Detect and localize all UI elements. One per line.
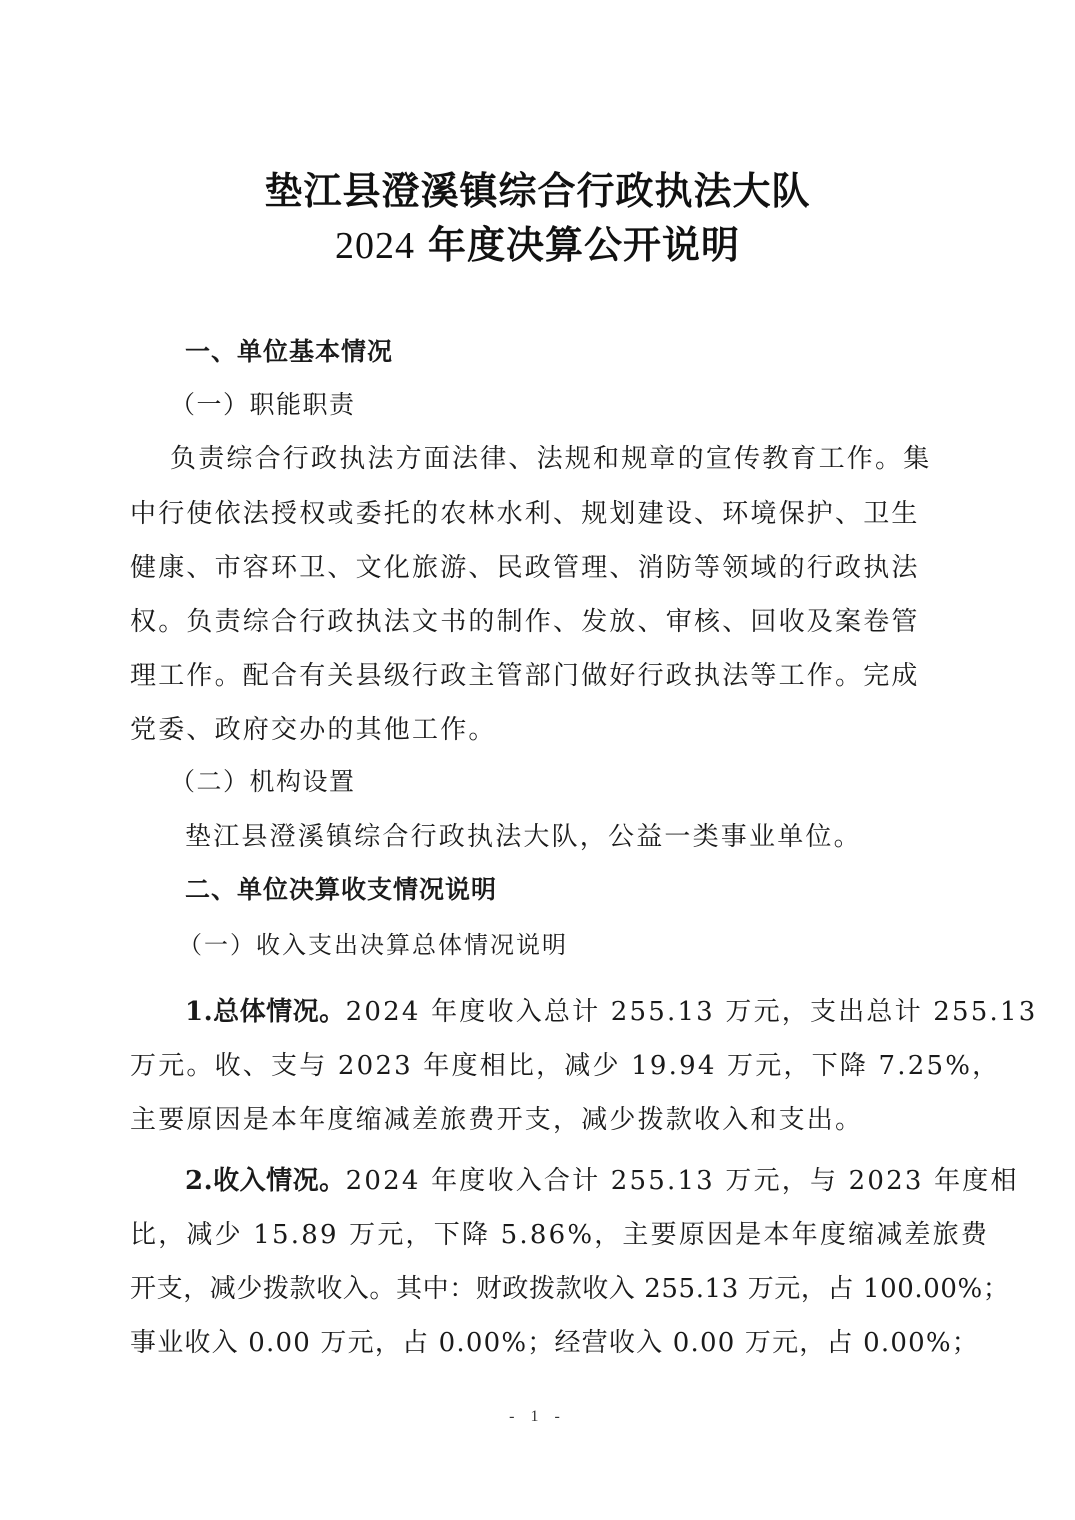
paragraph-lead: 2.收入情况。	[185, 1166, 346, 1196]
section-heading-budget: 二、单位决算收支情况说明	[185, 873, 1000, 907]
paragraph-line: 万元。收、支与 2023 年度相比，减少 19.94 万元，下降 7.25%，	[130, 1049, 945, 1083]
paragraph-line: 负责综合行政执法方面法律、法规和规章的宣传教育工作。集	[170, 442, 945, 476]
paragraph-line: 健康、市容环卫、文化旅游、民政管理、消防等领域的行政执法	[130, 551, 945, 585]
paragraph-line: 中行使依法授权或委托的农林水利、规划建设、环境保护、卫生	[130, 497, 945, 531]
document-page: 垫江县澄溪镇综合行政执法大队 2024 年度决算公开说明 一、单位基本情况 （一…	[0, 0, 1075, 1520]
document-title-line1: 垫江县澄溪镇综合行政执法大队	[0, 160, 1075, 215]
page-number: - 1 -	[0, 1408, 1075, 1426]
paragraph-overall-line1: 1.总体情况。2024 年度收入总计 255.13 万元，支出总计 255.13	[185, 995, 945, 1029]
title-text: 年度决算公开说明	[428, 222, 740, 267]
paragraph-text: 2024 年度收入总计 255.13 万元，支出总计 255.13	[346, 997, 1038, 1027]
document-title-line2: 2024 年度决算公开说明	[0, 214, 1075, 269]
section-heading-basic-info: 一、单位基本情况	[185, 335, 1000, 369]
paragraph-line: 权。负责综合行政执法文书的制作、发放、审核、回收及案卷管	[130, 605, 945, 639]
subsection-heading-overall: （一）收入支出决算总体情况说明	[178, 928, 993, 962]
paragraph-line: 垫江县澄溪镇综合行政执法大队，公益一类事业单位。	[185, 820, 945, 854]
paragraph-line: 事业收入 0.00 万元，占 0.00%；经营收入 0.00 万元，占 0.00…	[130, 1326, 945, 1360]
paragraph-income-line1: 2.收入情况。2024 年度收入合计 255.13 万元，与 2023 年度相	[185, 1164, 945, 1198]
paragraph-line: 理工作。配合有关县级行政主管部门做好行政执法等工作。完成	[130, 659, 945, 693]
paragraph-line: 党委、政府交办的其他工作。	[130, 713, 945, 747]
paragraph-line: 比，减少 15.89 万元，下降 5.86%，主要原因是本年度缩减差旅费	[130, 1218, 945, 1252]
paragraph-text: 2024 年度收入合计 255.13 万元，与 2023 年度相	[346, 1166, 1019, 1196]
paragraph-line: 主要原因是本年度缩减差旅费开支，减少拨款收入和支出。	[130, 1103, 945, 1137]
paragraph-line: 开支，减少拨款收入。其中：财政拨款收入 255.13 万元，占 100.00%；	[130, 1272, 945, 1306]
paragraph-lead: 1.总体情况。	[185, 997, 346, 1027]
title-year: 2024	[335, 225, 415, 267]
subsection-heading-organization: （二）机构设置	[170, 765, 985, 799]
subsection-heading-functions: （一）职能职责	[170, 388, 985, 422]
